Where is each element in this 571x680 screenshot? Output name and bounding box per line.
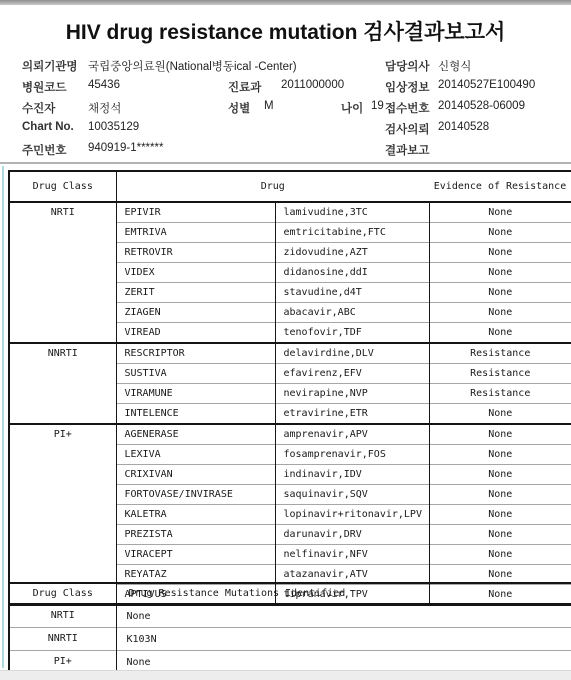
evidence-cell: None [429,505,571,525]
field-value-sex: M [264,100,274,112]
drug-generic-cell: efavirenz,EFV [275,364,429,384]
drug-generic-cell: etravirine,ETR [275,404,429,425]
drug-brand-cell: EMTRIVA [116,223,275,243]
evidence-cell: None [429,525,571,545]
drug-generic-cell: nevirapine,NVP [275,384,429,404]
drug-brand-cell: PREZISTA [116,525,275,545]
field-value-chart-no: 10035129 [88,121,139,133]
drug-class-cell: NRTI [9,202,116,343]
drug-generic-cell: delavirdine,DLV [275,343,429,364]
field-label-accession-no: 접수번호 [385,100,429,116]
header-drug-class: Drug Class [9,171,116,202]
evidence-cell: None [429,283,571,303]
header-drug: Drug [116,171,429,202]
drug-brand-cell: EPIVIR [116,202,275,223]
field-label-patient-name: 수진자 [22,100,55,116]
drug-brand-cell: INTELENCE [116,404,275,425]
mutation-row: NNRTIK103N [9,628,571,651]
drug-brand-cell: ZERIT [116,283,275,303]
page-title: HIV drug resistance mutation 검사결과보고서 [0,16,571,46]
header-drug-class-2: Drug Class [9,583,116,604]
field-value-hospital-code: 45436 [88,79,120,91]
drug-brand-cell: ZIAGEN [116,303,275,323]
evidence-cell: None [429,202,571,223]
drug-brand-cell: VIDEX [116,263,275,283]
drug-brand-cell: KALETRA [116,505,275,525]
drug-brand-cell: VIRAMUNE [116,384,275,404]
field-value-department: 2011000000 [281,79,344,91]
field-value-test-request-date: 20140528 [438,121,489,133]
evidence-cell: None [429,263,571,283]
field-label-department: 진료과 [228,79,261,95]
field-value-requesting-org: 국립중앙의료원(National병동ical -Center) [88,58,297,74]
field-label-age: 나이 [341,100,363,116]
drug-generic-cell: lamivudine,3TC [275,202,429,223]
mutation-drug-class-cell: NNRTI [9,628,116,651]
drug-brand-cell: RESCRIPTOR [116,343,275,364]
drug-generic-cell: abacavir,ABC [275,303,429,323]
evidence-cell: None [429,223,571,243]
drug-class-cell: PI+ [9,424,116,605]
drug-generic-cell: fosamprenavir,FOS [275,445,429,465]
drug-row: PI+AGENERASEamprenavir,APVNone [9,424,571,445]
field-value-clinical-info: 20140527E100490 [438,79,535,91]
drug-generic-cell: indinavir,IDV [275,465,429,485]
field-value-physician: 신형식 [438,58,471,74]
evidence-cell: Resistance [429,343,571,364]
evidence-cell: None [429,243,571,263]
drug-generic-cell: saquinavir,SQV [275,485,429,505]
mutation-drug-class-cell: NRTI [9,604,116,628]
evidence-cell: None [429,323,571,344]
mutation-table-body: NRTINoneNNRTIK103NPI+None [9,604,571,674]
footer-strip [0,670,571,680]
field-value-accession-no: 20140528-06009 [438,100,525,112]
evidence-cell: None [429,485,571,505]
window-top-bar [0,0,571,5]
field-label-requesting-org: 의뢰기관명 [22,58,78,74]
resistance-table: Drug Class Drug Evidence of Resistance N… [8,170,571,606]
drug-brand-cell: LEXIVA [116,445,275,465]
drug-row: NRTIEPIVIRlamivudine,3TCNone [9,202,571,223]
field-label-chart-no: Chart No. [22,121,74,133]
left-accent-line [2,166,4,668]
field-value-patient-name: 채정석 [88,100,121,116]
drug-generic-cell: nelfinavir,NFV [275,545,429,565]
field-label-result-report-date: 결과보고 [385,142,429,158]
evidence-cell: None [429,404,571,425]
drug-generic-cell: lopinavir+ritonavir,LPV [275,505,429,525]
mutation-table: Drug Class Drug Resistance Mutations Ide… [8,582,571,675]
header-mutations: Drug Resistance Mutations Identified [116,583,571,604]
evidence-cell: Resistance [429,364,571,384]
drug-brand-cell: SUSTIVA [116,364,275,384]
evidence-cell: None [429,303,571,323]
header-evidence: Evidence of Resistance [429,171,571,202]
field-label-resident-id: 주민번호 [22,142,66,158]
drug-generic-cell: didanosine,ddI [275,263,429,283]
resistance-table-body: NRTIEPIVIRlamivudine,3TCNoneEMTRIVAemtri… [9,202,571,605]
drug-generic-cell: emtricitabine,FTC [275,223,429,243]
field-label-test-request-date: 검사의뢰 [385,121,429,137]
evidence-cell: None [429,424,571,445]
evidence-cell: None [429,545,571,565]
drug-class-cell: NNRTI [9,343,116,424]
drug-row: NNRTIRESCRIPTORdelavirdine,DLVResistance [9,343,571,364]
evidence-cell: None [429,445,571,465]
field-value-age: 19 [371,100,384,112]
report-page: HIV drug resistance mutation 검사결과보고서 의뢰기… [0,0,571,680]
field-label-clinical-info: 임상정보 [385,79,429,95]
evidence-cell: Resistance [429,384,571,404]
mutations-cell: None [116,604,571,628]
mutation-row: NRTINone [9,604,571,628]
resistance-table-header-row: Drug Class Drug Evidence of Resistance [9,171,571,202]
field-label-hospital-code: 병원코드 [22,79,66,95]
evidence-cell: None [429,465,571,485]
header-separator [0,162,571,164]
drug-generic-cell: amprenavir,APV [275,424,429,445]
drug-generic-cell: tenofovir,TDF [275,323,429,344]
drug-brand-cell: FORTOVASE/INVIRASE [116,485,275,505]
drug-brand-cell: RETROVIR [116,243,275,263]
mutations-cell: K103N [116,628,571,651]
drug-brand-cell: CRIXIVAN [116,465,275,485]
drug-generic-cell: stavudine,d4T [275,283,429,303]
drug-brand-cell: VIRACEPT [116,545,275,565]
drug-brand-cell: AGENERASE [116,424,275,445]
drug-generic-cell: zidovudine,AZT [275,243,429,263]
drug-brand-cell: VIREAD [116,323,275,344]
drug-generic-cell: darunavir,DRV [275,525,429,545]
mutation-table-header-row: Drug Class Drug Resistance Mutations Ide… [9,583,571,604]
field-label-physician: 담당의사 [385,58,429,74]
field-value-resident-id: 940919-1****** [88,142,163,154]
field-label-sex: 성별 [228,100,250,116]
